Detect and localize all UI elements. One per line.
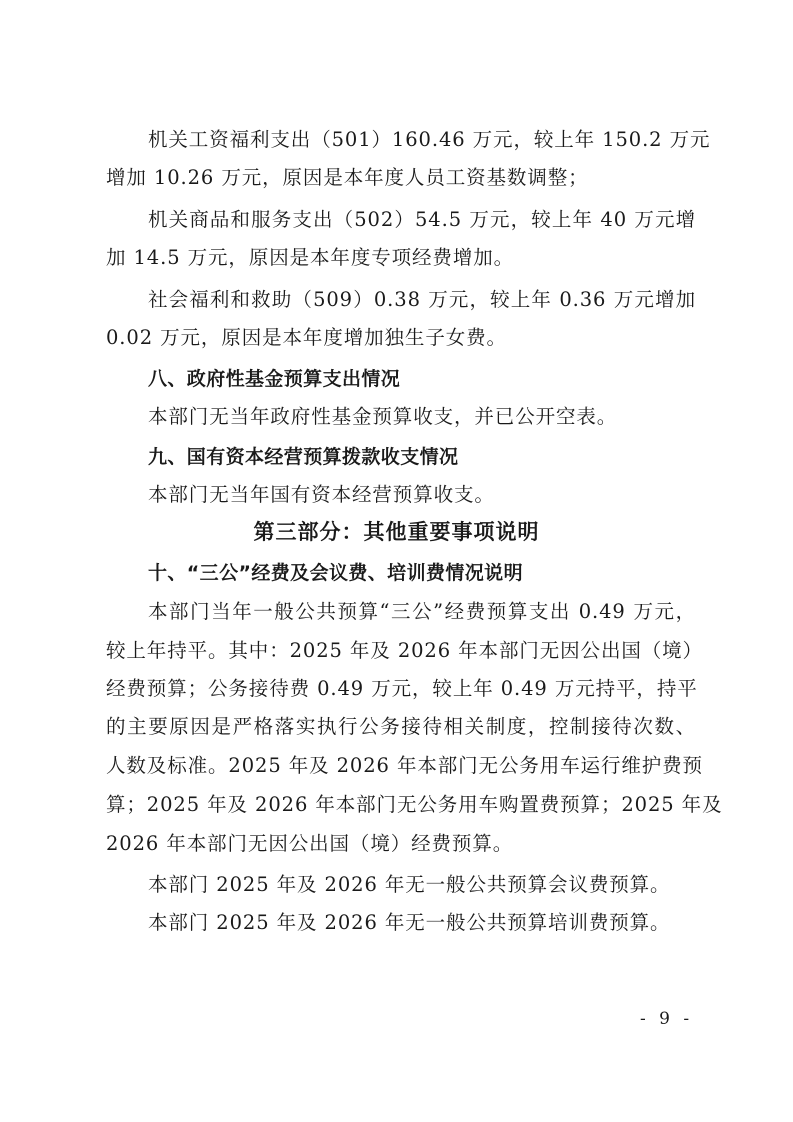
section-10-line-6: 算；2025 年及 2026 年本部门无公务用车购置费预算；2025 年及 xyxy=(106,790,696,820)
paragraph-501-line-2: 增加 10.26 万元，原因是本年度人员工资基数调整； xyxy=(106,163,696,193)
paragraph-509-line-2: 0.02 万元，原因是本年度增加独生子女费。 xyxy=(106,323,696,353)
section-10-line-2: 较上年持平。其中：2025 年及 2026 年本部门无因公出国（境） xyxy=(106,636,696,666)
section-10-line-5: 人数及标准。2025 年及 2026 年本部门无公务用车运行维护费预 xyxy=(106,751,696,781)
section-10-line-7: 2026 年本部门无因公出国（境）经费预算。 xyxy=(106,829,696,859)
paragraph-501-line-1: 机关工资福利支出（501）160.46 万元，较上年 150.2 万元 xyxy=(148,125,696,155)
section-10-line-4: 的主要原因是严格落实执行公务接待相关制度，控制接待次数、 xyxy=(106,712,696,742)
document-page: 机关工资福利支出（501）160.46 万元，较上年 150.2 万元 增加 1… xyxy=(0,0,793,1122)
page-number: - 9 - xyxy=(640,1009,693,1029)
training-fee-statement: 本部门 2025 年及 2026 年无一般公共预算培训费预算。 xyxy=(148,908,696,938)
section-10-line-1: 本部门当年一般公共预算“三公”经费预算支出 0.49 万元， xyxy=(148,597,696,627)
section-8-heading: 八、政府性基金预算支出情况 xyxy=(148,364,696,394)
paragraph-502-line-1: 机关商品和服务支出（502）54.5 万元，较上年 40 万元增 xyxy=(148,205,696,235)
section-10-line-3: 经费预算；公务接待费 0.49 万元，较上年 0.49 万元持平，持平 xyxy=(106,674,696,704)
section-8-body: 本部门无当年政府性基金预算收支，并已公开空表。 xyxy=(148,402,696,432)
section-9-body: 本部门无当年国有资本经营预算收支。 xyxy=(148,480,696,510)
section-9-heading: 九、国有资本经营预算拨款收支情况 xyxy=(148,442,696,472)
meeting-fee-statement: 本部门 2025 年及 2026 年无一般公共预算会议费预算。 xyxy=(148,870,696,900)
part-3-title: 第三部分：其他重要事项说明 xyxy=(0,517,793,547)
paragraph-502-line-2: 加 14.5 万元，原因是本年度专项经费增加。 xyxy=(106,243,696,273)
paragraph-509-line-1: 社会福利和救助（509）0.38 万元，较上年 0.36 万元增加 xyxy=(148,285,696,315)
section-10-heading: 十、“三公”经费及会议费、培训费情况说明 xyxy=(148,558,696,588)
